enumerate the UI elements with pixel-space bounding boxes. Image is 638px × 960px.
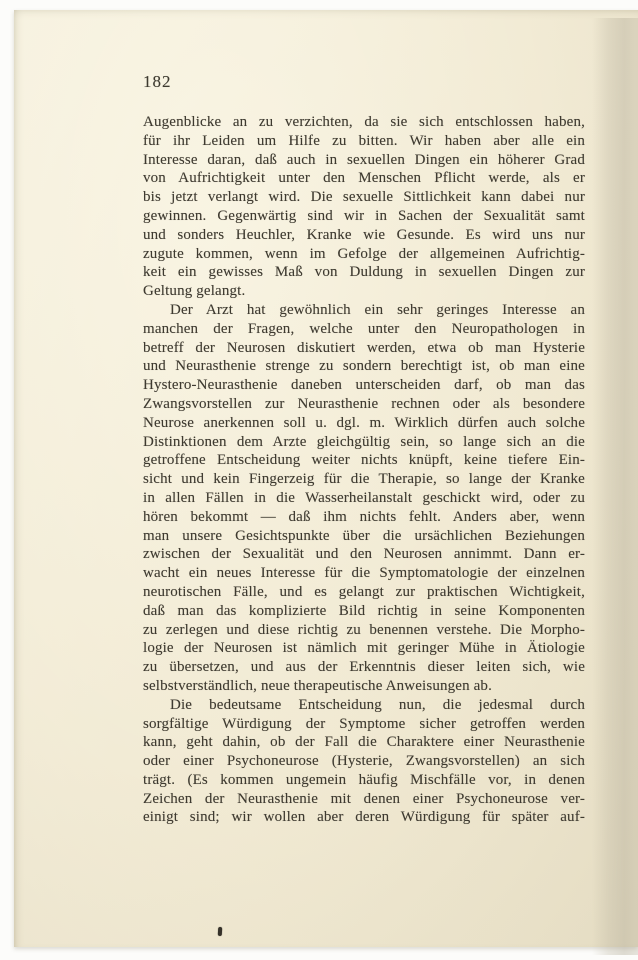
- paragraph: Die bedeutsame Entscheidung nun, die jed…: [143, 696, 585, 828]
- text-line: keit ein gewisses Maß von Duldung in sex…: [143, 263, 585, 282]
- text-line: und sonders Heuchler, Kranke wie Gesunde…: [143, 226, 585, 245]
- text-line: bis jetzt verlangt wird. Die sexuelle Si…: [143, 188, 585, 207]
- text-block: Augenblicke an zu verzichten, da sie sic…: [143, 113, 585, 827]
- scan-viewport: 182 Augenblicke an zu verzichten, da sie…: [0, 0, 638, 960]
- text-line: sorgfältige Würdigung der Symptome siche…: [143, 715, 585, 734]
- ink-spot-artifact: [218, 927, 222, 936]
- text-line: Geltung gelangt.: [143, 282, 585, 301]
- text-line: und Neurasthenie strenge zu sondern bere…: [143, 357, 585, 376]
- text-line: von Aufrichtigkeit unter den Menschen Pf…: [143, 169, 585, 188]
- text-line: Distinktionen dem Arzte gleichgültig sei…: [143, 433, 585, 452]
- text-line: daß man das komplizierte Bild richtig in…: [143, 602, 585, 621]
- text-line: Zeichen der Neurasthenie mit denen einer…: [143, 790, 585, 809]
- text-line: Zwangsvorstellen zur Neurasthenie rechne…: [143, 395, 585, 414]
- text-line: zugute kommen, wenn im Gefolge der allge…: [143, 245, 585, 264]
- text-line: Die bedeutsame Entscheidung nun, die jed…: [143, 696, 585, 715]
- text-line: wacht ein neues Interesse für die Sympto…: [143, 564, 585, 583]
- text-line: kann, geht dahin, ob der Fall die Charak…: [143, 733, 585, 752]
- text-line: gewinnen. Gegenwärtig sind wir in Sachen…: [143, 207, 585, 226]
- text-line: logie der Neurosen ist nämlich mit gerin…: [143, 639, 585, 658]
- text-line: oder einer Psychoneurose (Hysterie, Zwan…: [143, 752, 585, 771]
- text-line: betreff der Neurosen diskutiert werden, …: [143, 339, 585, 358]
- text-line: trägt. (Es kommen ungemein häufig Mischf…: [143, 771, 585, 790]
- text-line: zu übersetzen, und aus der Erkenntnis di…: [143, 658, 585, 677]
- text-line: man unsere Gesichtspunkte über die ursäc…: [143, 527, 585, 546]
- text-line: zwischen der Sexualität und den Neurosen…: [143, 545, 585, 564]
- text-line: sicht und kein Fingerzeig für die Therap…: [143, 470, 585, 489]
- paragraph: Der Arzt hat gewöhnlich ein sehr geringe…: [143, 301, 585, 696]
- text-line: Der Arzt hat gewöhnlich ein sehr geringe…: [143, 301, 585, 320]
- text-line: Hystero-Neurasthenie daneben unterscheid…: [143, 376, 585, 395]
- text-line: getroffene Entscheidung weiter nichts kn…: [143, 451, 585, 470]
- text-line: manchen der Fragen, welche unter den Neu…: [143, 320, 585, 339]
- text-line: einigt sind; wir wollen aber deren Würdi…: [143, 808, 585, 827]
- text-line: zu zerlegen und diese richtig zu benenne…: [143, 621, 585, 640]
- text-line: neurotischen Fälle, und es gelangt zur p…: [143, 583, 585, 602]
- page-edge-shading: [592, 18, 638, 955]
- text-line: Augenblicke an zu verzichten, da sie sic…: [143, 113, 585, 132]
- text-line: für ihr Leiden um Hilfe zu bitten. Wir h…: [143, 132, 585, 151]
- text-line: hören bekommt — daß ihm nichts fehlt. An…: [143, 508, 585, 527]
- text-line: Interesse daran, daß auch in sexuellen D…: [143, 151, 585, 170]
- text-line: Neurose anerkennen soll u. dgl. m. Wirkl…: [143, 414, 585, 433]
- text-line: in allen Fällen in die Wasserheilanstalt…: [143, 489, 585, 508]
- paragraph: Augenblicke an zu verzichten, da sie sic…: [143, 113, 585, 301]
- text-line: selbstverständlich, neue therapeutische …: [143, 677, 585, 696]
- scanned-page: 182 Augenblicke an zu verzichten, da sie…: [14, 10, 638, 947]
- page-number: 182: [143, 72, 172, 92]
